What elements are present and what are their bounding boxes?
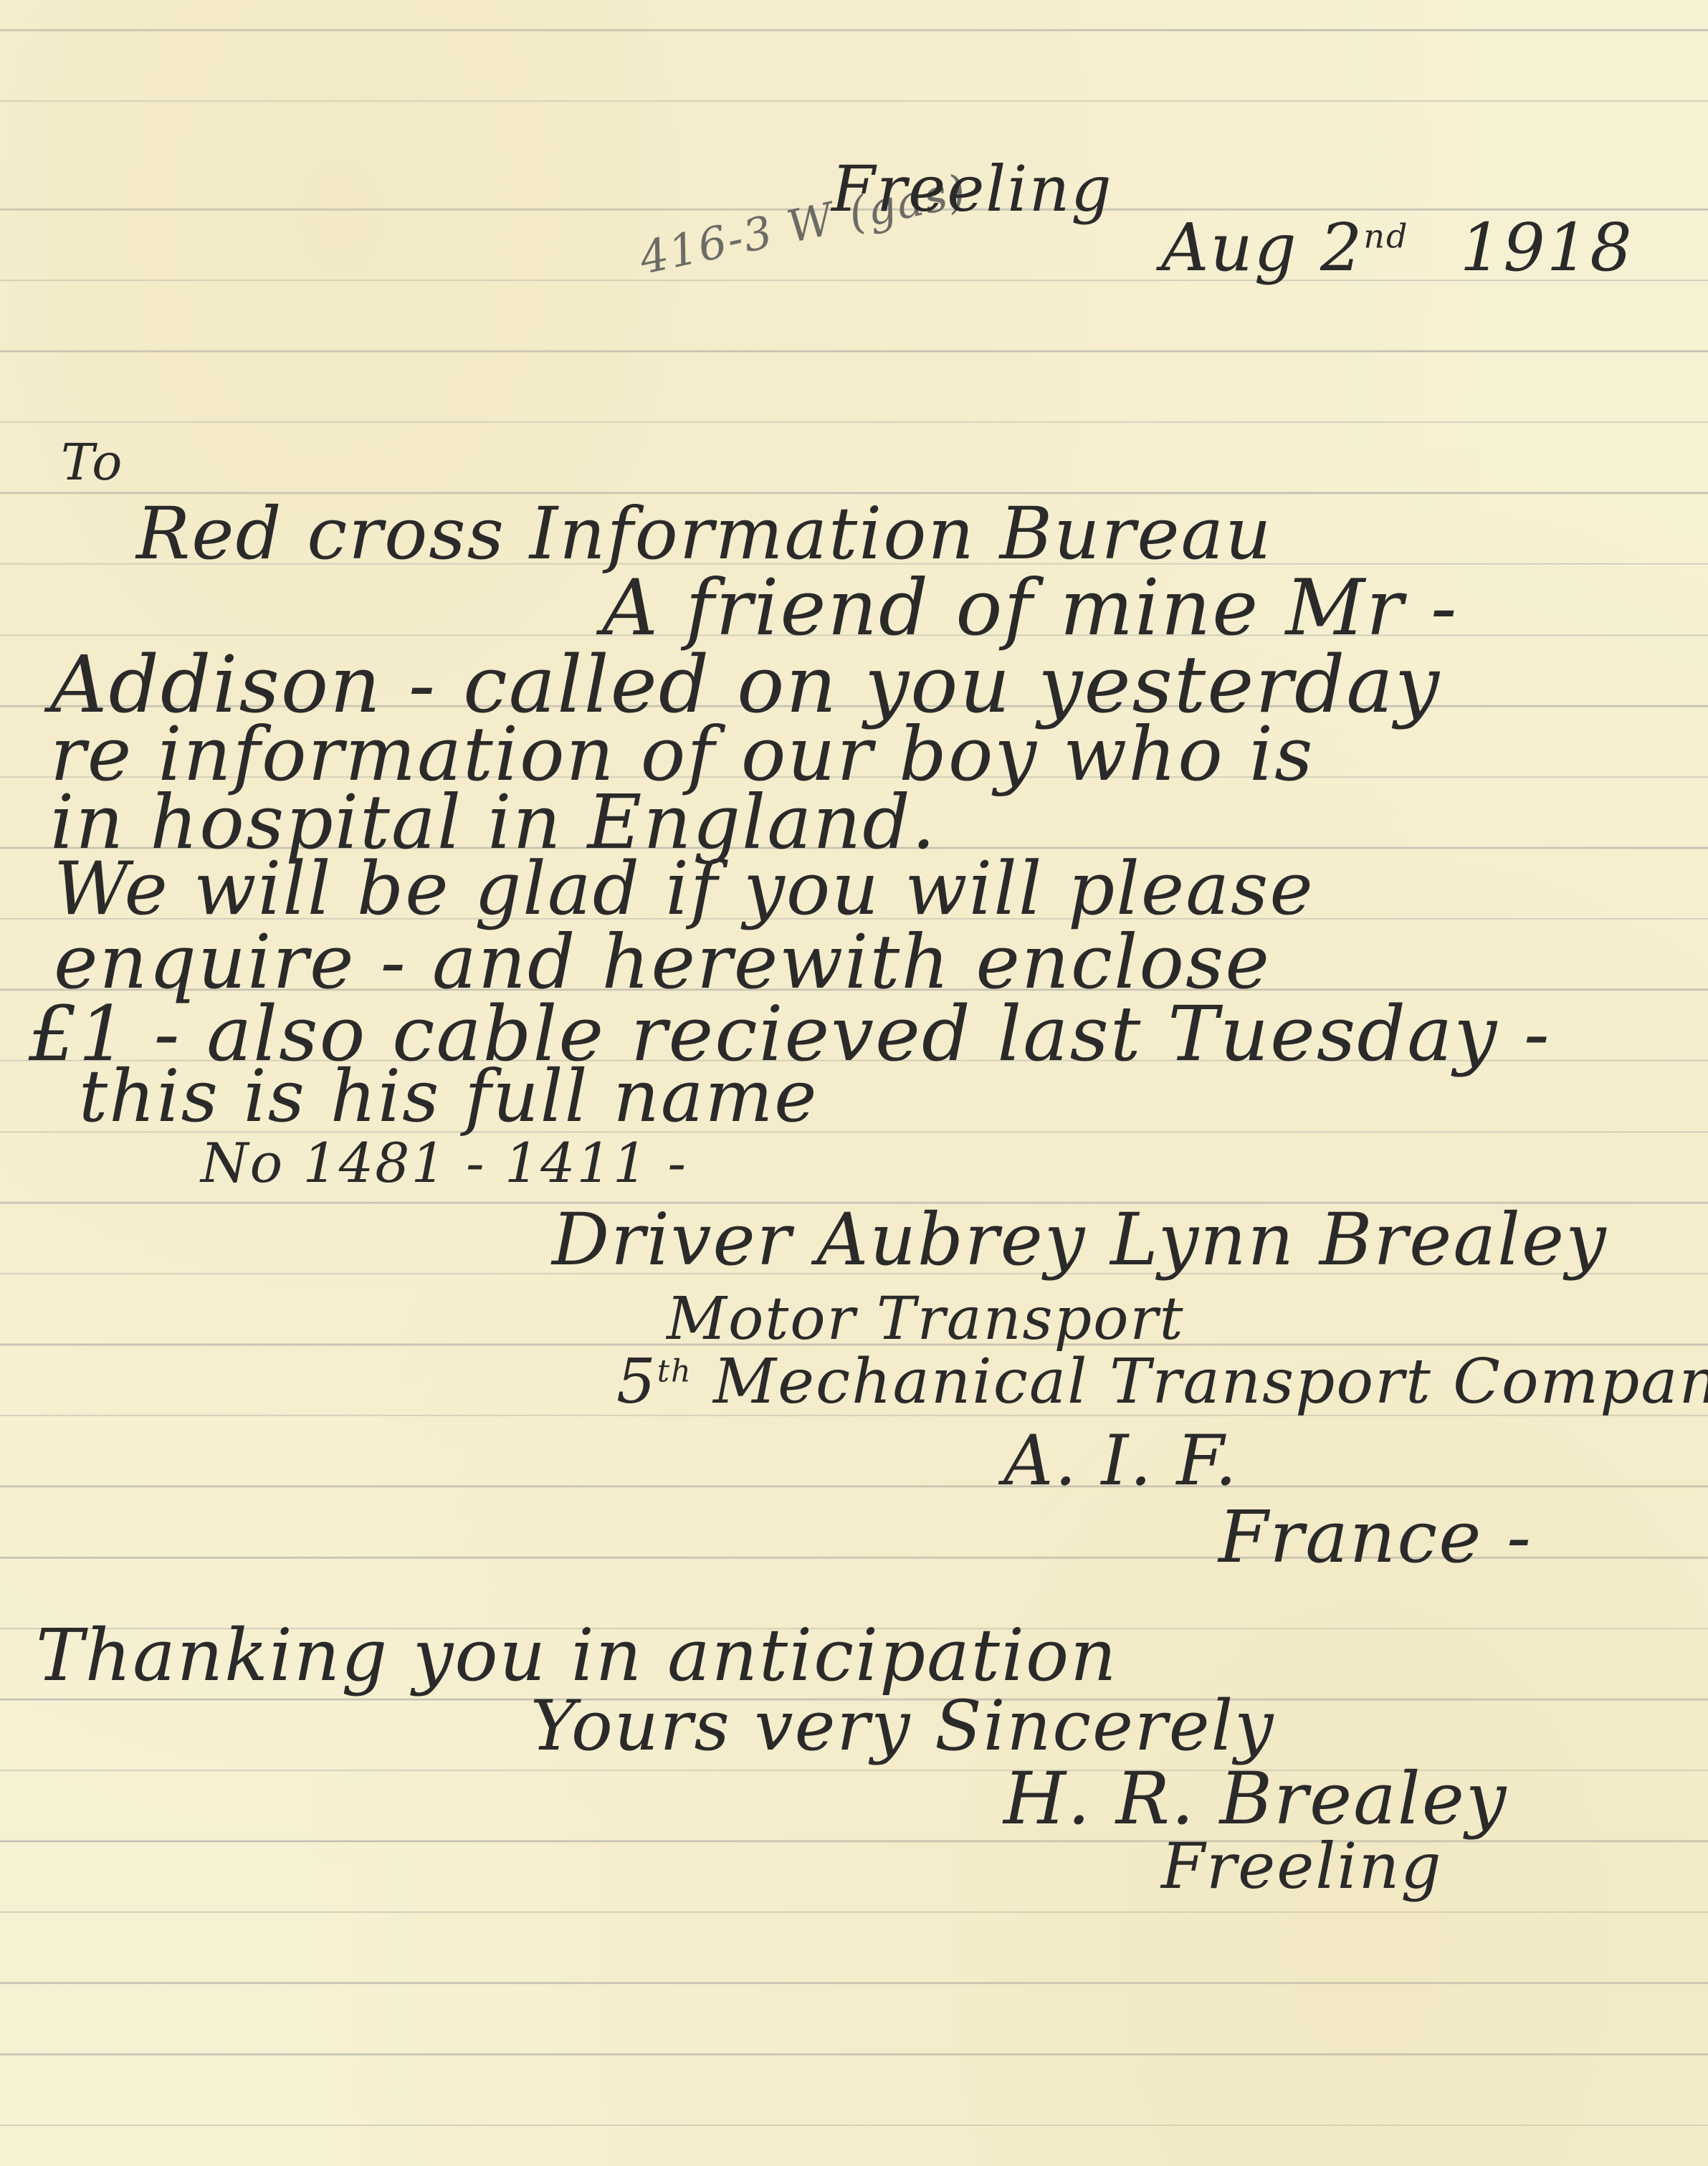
service-number: No 1481 - 1411 - [201, 1136, 687, 1191]
date-text: Aug 2 [1161, 209, 1363, 286]
header-date: Aug 2nd 1918 [1161, 215, 1633, 281]
body-line-5: We will be glad if you will please [54, 853, 1315, 926]
header-place: Freeling [831, 158, 1113, 221]
unit-ordinal: 5 [616, 1346, 657, 1418]
closing-valediction: Yours very Sincerely [530, 1692, 1275, 1760]
soldier-name: Driver Aubrey Lynn Brealey [552, 1204, 1608, 1276]
unit-line-1: Motor Transport [667, 1290, 1185, 1349]
body-line-1: A friend of mine Mr - [602, 570, 1459, 647]
unit-ordinal-suffix: th [657, 1353, 692, 1389]
location: France - [1218, 1502, 1532, 1573]
force: A. I. F. [1003, 1426, 1238, 1495]
addressee: Red cross Information Bureau [136, 498, 1273, 570]
closing-thanks: Thanking you in anticipation [36, 1620, 1118, 1692]
unit-name: Mechanical Transport Company [713, 1346, 1708, 1418]
signature-place: Freeling [1161, 1835, 1443, 1898]
body-line-6: enquire - and herewith enclose [54, 925, 1271, 999]
unit-line-2: 5th Mechanical Transport Company [616, 1351, 1708, 1413]
body-line-8: this is his full name [79, 1061, 818, 1132]
salutation: To [61, 437, 123, 487]
date-year: 1918 [1460, 209, 1633, 286]
date-suffix: nd [1363, 216, 1408, 255]
signature: H. R. Brealey [1003, 1763, 1507, 1835]
